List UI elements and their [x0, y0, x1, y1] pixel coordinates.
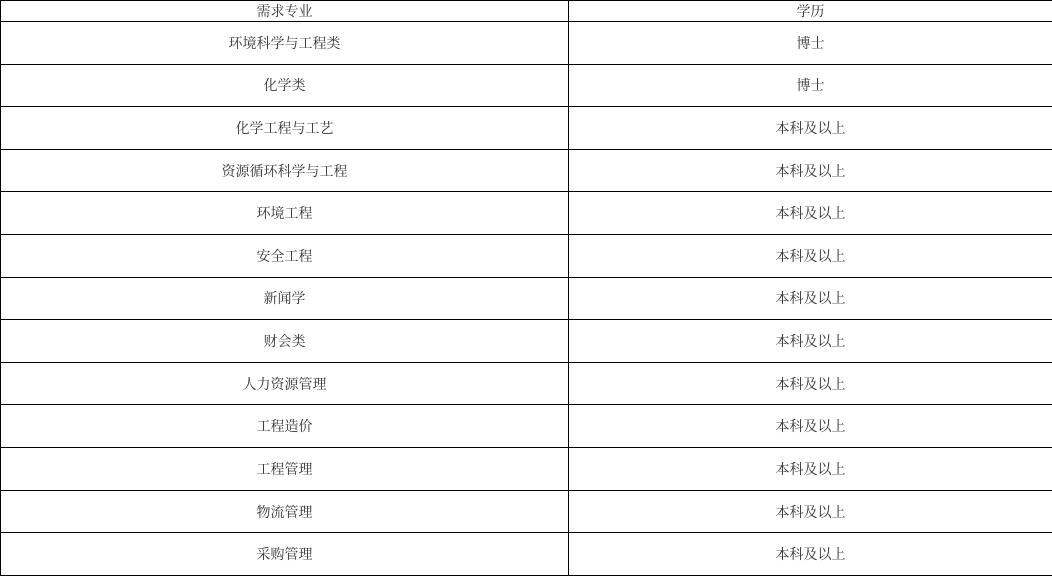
major-cell: 财会类: [1, 320, 569, 363]
table-row: 采购管理本科及以上: [1, 533, 1052, 576]
major-cell: 物流管理: [1, 490, 569, 533]
page: 需求专业 学历 环境科学与工程类博士化学类博士化学工程与工艺本科及以上资源循环科…: [0, 0, 1052, 576]
table-row: 化学类博士: [1, 64, 1052, 107]
degree-cell: 本科及以上: [569, 320, 1052, 363]
table-row: 工程造价本科及以上: [1, 405, 1052, 448]
column-header-major: 需求专业: [1, 1, 569, 22]
table-header-row: 需求专业 学历: [1, 1, 1052, 22]
table-row: 环境科学与工程类博士: [1, 22, 1052, 65]
column-header-degree: 学历: [569, 1, 1052, 22]
table-row: 工程管理本科及以上: [1, 448, 1052, 491]
major-cell: 人力资源管理: [1, 362, 569, 405]
major-cell: 工程管理: [1, 448, 569, 491]
degree-cell: 本科及以上: [569, 490, 1052, 533]
major-cell: 工程造价: [1, 405, 569, 448]
major-cell: 安全工程: [1, 235, 569, 278]
table-row: 新闻学本科及以上: [1, 277, 1052, 320]
table-row: 物流管理本科及以上: [1, 490, 1052, 533]
degree-cell: 本科及以上: [569, 448, 1052, 491]
degree-cell: 博士: [569, 64, 1052, 107]
degree-cell: 本科及以上: [569, 277, 1052, 320]
degree-cell: 本科及以上: [569, 149, 1052, 192]
major-cell: 新闻学: [1, 277, 569, 320]
degree-cell: 博士: [569, 22, 1052, 65]
major-cell: 采购管理: [1, 533, 569, 576]
degree-cell: 本科及以上: [569, 107, 1052, 150]
degree-cell: 本科及以上: [569, 235, 1052, 278]
table-row: 资源循环科学与工程本科及以上: [1, 149, 1052, 192]
table-row: 化学工程与工艺本科及以上: [1, 107, 1052, 150]
major-cell: 环境工程: [1, 192, 569, 235]
major-cell: 化学类: [1, 64, 569, 107]
major-cell: 资源循环科学与工程: [1, 149, 569, 192]
degree-cell: 本科及以上: [569, 405, 1052, 448]
table-row: 环境工程本科及以上: [1, 192, 1052, 235]
requirements-table: 需求专业 学历 环境科学与工程类博士化学类博士化学工程与工艺本科及以上资源循环科…: [0, 0, 1052, 576]
table-row: 安全工程本科及以上: [1, 235, 1052, 278]
major-cell: 化学工程与工艺: [1, 107, 569, 150]
degree-cell: 本科及以上: [569, 533, 1052, 576]
degree-cell: 本科及以上: [569, 192, 1052, 235]
degree-cell: 本科及以上: [569, 362, 1052, 405]
table-row: 财会类本科及以上: [1, 320, 1052, 363]
table-row: 人力资源管理本科及以上: [1, 362, 1052, 405]
table-body: 环境科学与工程类博士化学类博士化学工程与工艺本科及以上资源循环科学与工程本科及以…: [1, 22, 1052, 576]
major-cell: 环境科学与工程类: [1, 22, 569, 65]
